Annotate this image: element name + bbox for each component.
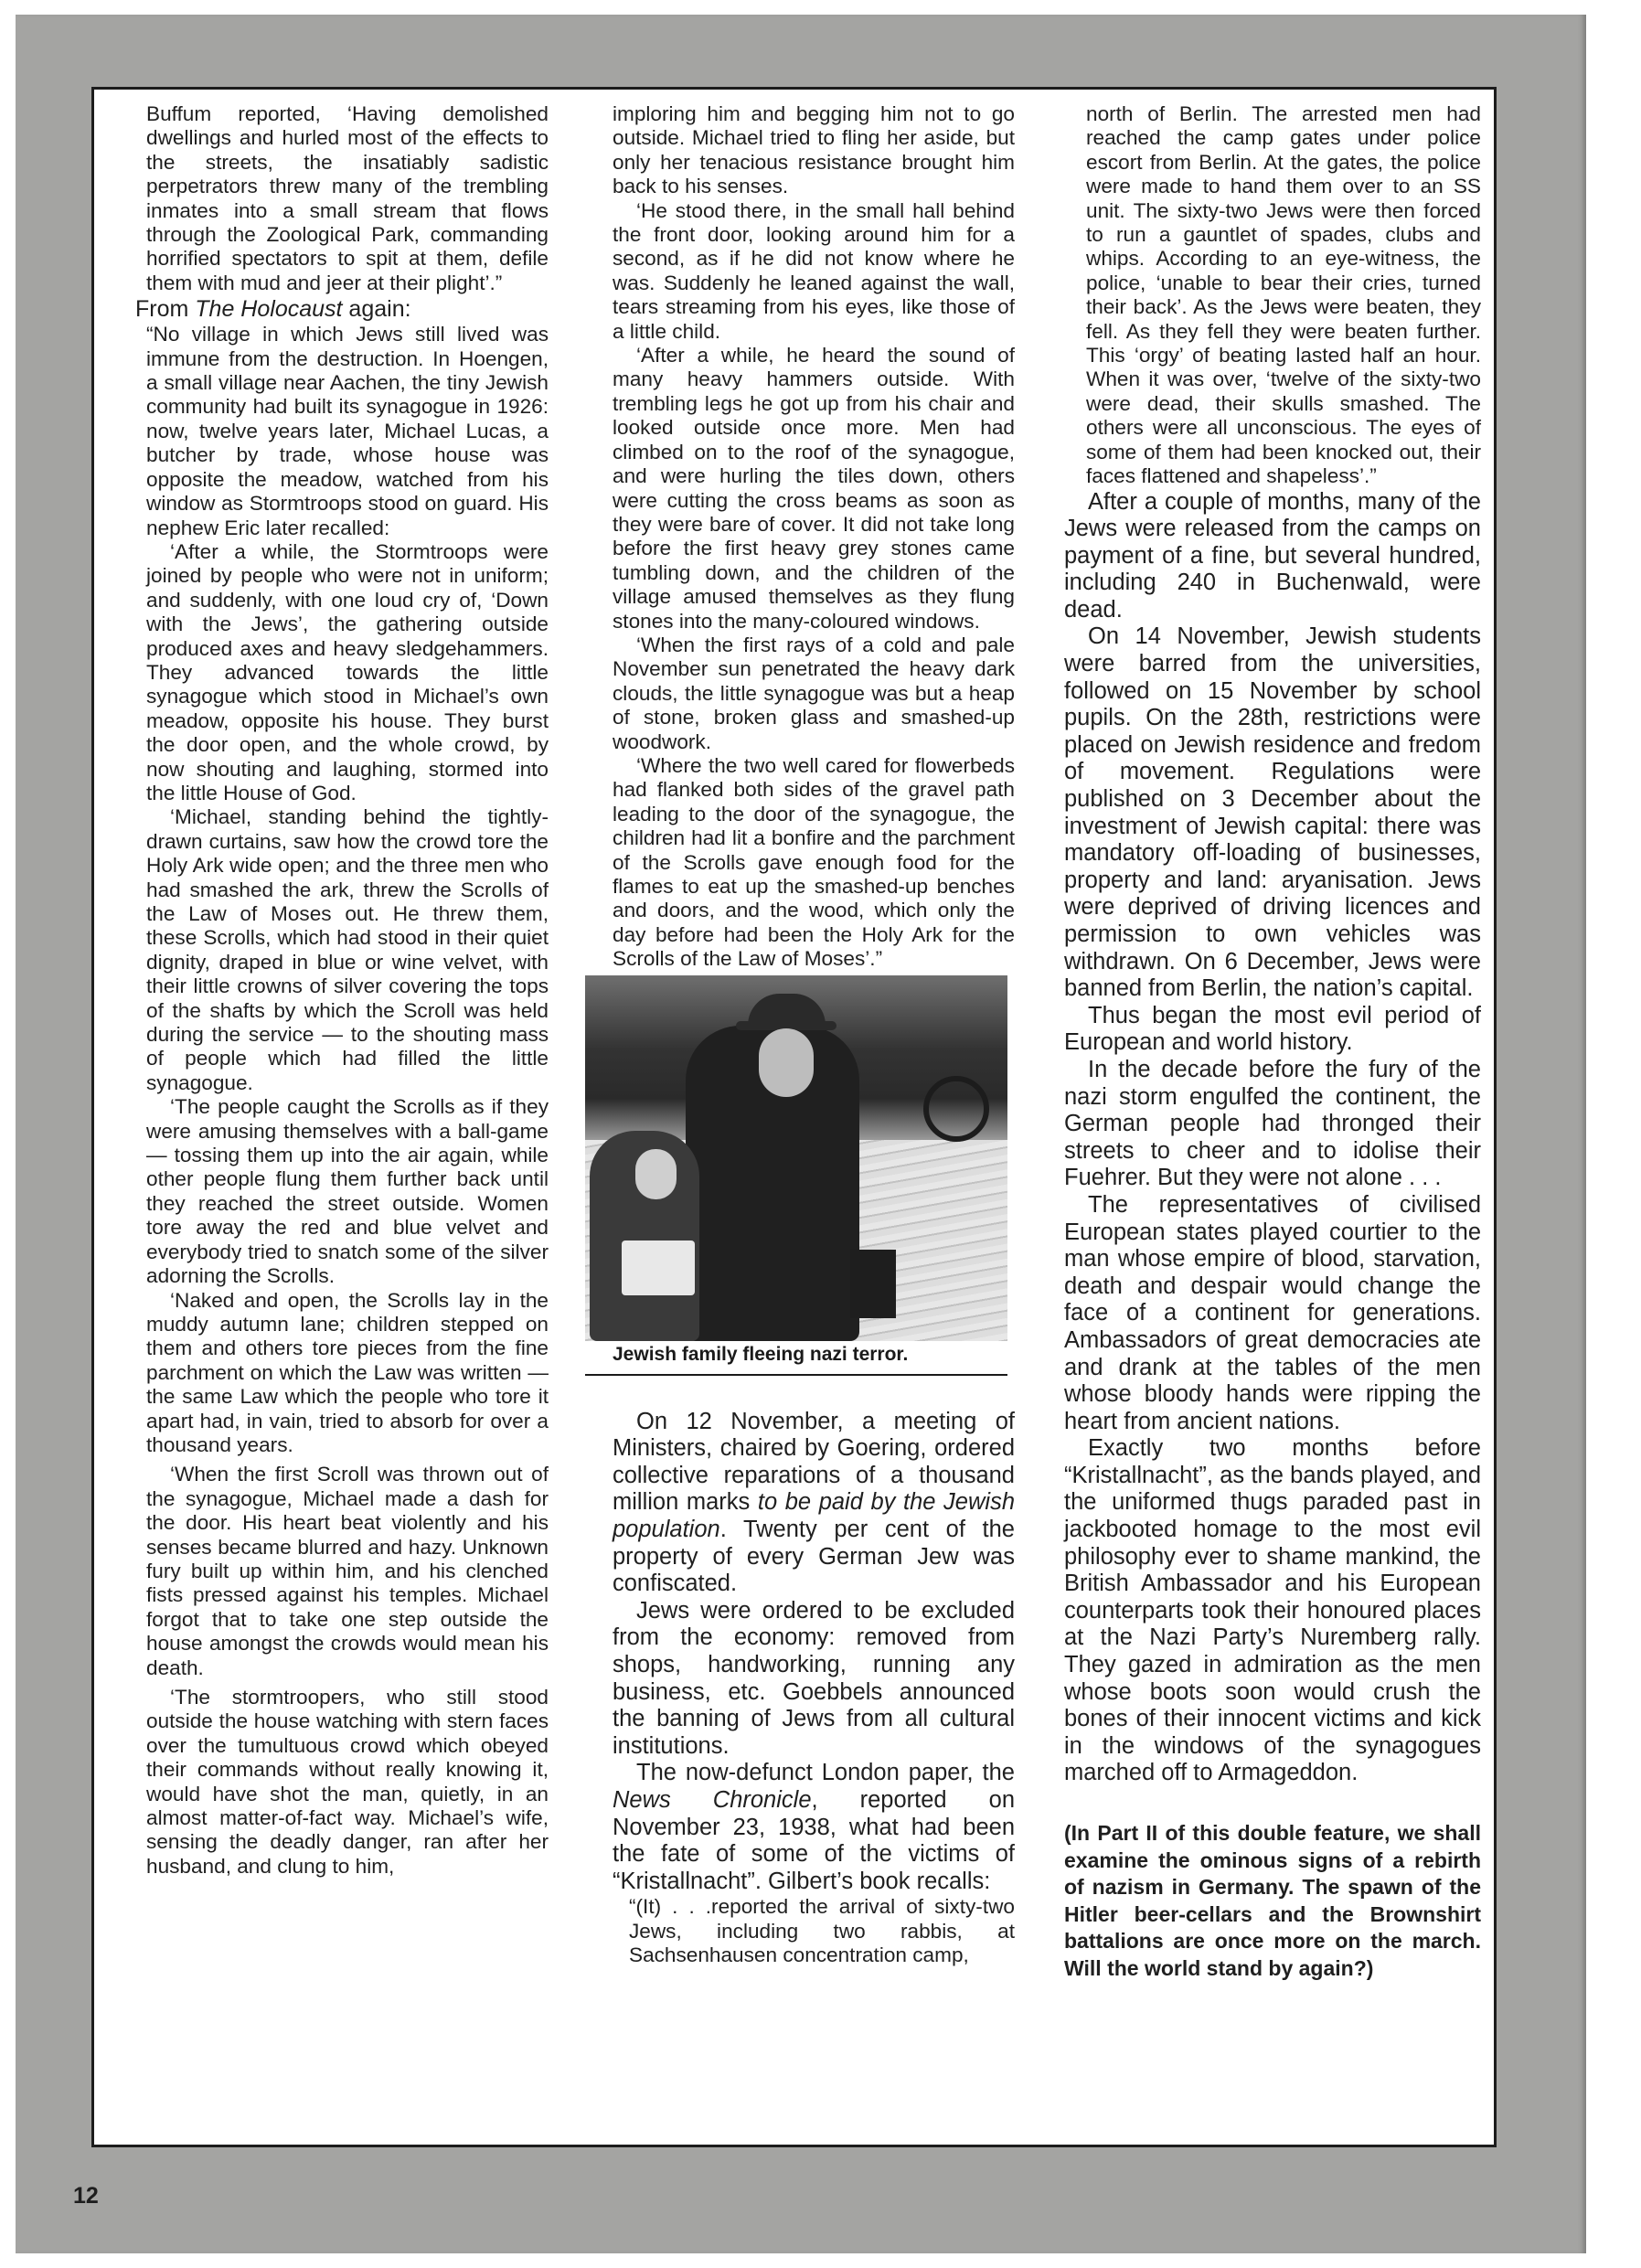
paragraph: The now-defunct London paper, the News C… xyxy=(613,1760,1015,1895)
paragraph: ‘When the first Scroll was thrown out of… xyxy=(146,1463,549,1680)
paragraph: After a couple of months, many of the Je… xyxy=(1064,489,1481,624)
quote-paragraph: “(It) . . .reported the arrival of sixty… xyxy=(629,1895,1015,1967)
book-title: The Holocaust xyxy=(195,296,342,322)
photo-motorcycle-wheel xyxy=(923,1076,989,1142)
article-column-2: imploring him and begging him not to go … xyxy=(613,102,1015,1968)
article-column-3: north of Berlin. The arrested men had re… xyxy=(1079,102,1481,1982)
paragraph: Jews were ordered to be excluded from th… xyxy=(613,1598,1015,1761)
photo-jewish-family xyxy=(585,975,1007,1341)
paragraph: Exactly two months before “Kristallnacht… xyxy=(1064,1435,1481,1787)
quote-paragraph: north of Berlin. The arrested men had re… xyxy=(1086,102,1481,489)
paragraph: ‘Michael, standing behind the tightly-dr… xyxy=(146,805,549,1095)
block-quote: “(It) . . .reported the arrival of sixty… xyxy=(629,1895,1015,1967)
paragraph: In the decade before the fury of the naz… xyxy=(1064,1057,1481,1192)
section-intro: From The Holocaust again: xyxy=(135,295,549,323)
paragraph: ‘The stormtroopers, who still stood outs… xyxy=(146,1686,549,1879)
block-quote: north of Berlin. The arrested men had re… xyxy=(1086,102,1481,489)
page-number: 12 xyxy=(73,2183,99,2209)
article-column-1: Buffum reported, ‘Having demolished dwel… xyxy=(146,102,549,1879)
paragraph: On 12 November, a meeting of Ministers, … xyxy=(613,1409,1015,1598)
paragraph: Thus began the most evil period of Europ… xyxy=(1064,1003,1481,1057)
editor-note: (In Part II of this double feature, we s… xyxy=(1064,1820,1481,1982)
photo-child-face xyxy=(635,1149,677,1199)
newspaper-title: News Chronicle xyxy=(613,1787,812,1813)
paragraph: ‘He stood there, in the small hall behin… xyxy=(613,199,1015,344)
photo-man-face xyxy=(759,1028,814,1097)
article-body-large: On 12 November, a meeting of Ministers, … xyxy=(613,1409,1015,1896)
paragraph: ‘When the first rays of a cold and pale … xyxy=(613,634,1015,754)
photo-bag xyxy=(622,1240,695,1295)
paragraph: Buffum reported, ‘Having demolished dwel… xyxy=(146,102,549,295)
paragraph: The representatives of civilised Europea… xyxy=(1064,1192,1481,1435)
paragraph: ‘The people caught the Scrolls as if the… xyxy=(146,1095,549,1288)
paragraph: ‘After a while, he heard the sound of ma… xyxy=(613,344,1015,634)
paragraph: ‘Naked and open, the Scrolls lay in the … xyxy=(146,1289,549,1458)
article-body-large: After a couple of months, many of the Je… xyxy=(1064,489,1481,1983)
caption-divider xyxy=(585,1374,1007,1376)
paragraph: On 14 November, Jewish students were bar… xyxy=(1064,623,1481,1002)
paragraph: ‘After a while, the Stormtroops were joi… xyxy=(146,540,549,805)
photo-caption: Jewish family fleeing nazi terror. xyxy=(613,1341,1015,1368)
paragraph: ‘Where the two well cared for flowerbeds… xyxy=(613,754,1015,972)
paragraph: imploring him and begging him not to go … xyxy=(613,102,1015,199)
photo-suitcase xyxy=(850,1250,896,1318)
paragraph: “No village in which Jews still lived wa… xyxy=(146,323,549,540)
